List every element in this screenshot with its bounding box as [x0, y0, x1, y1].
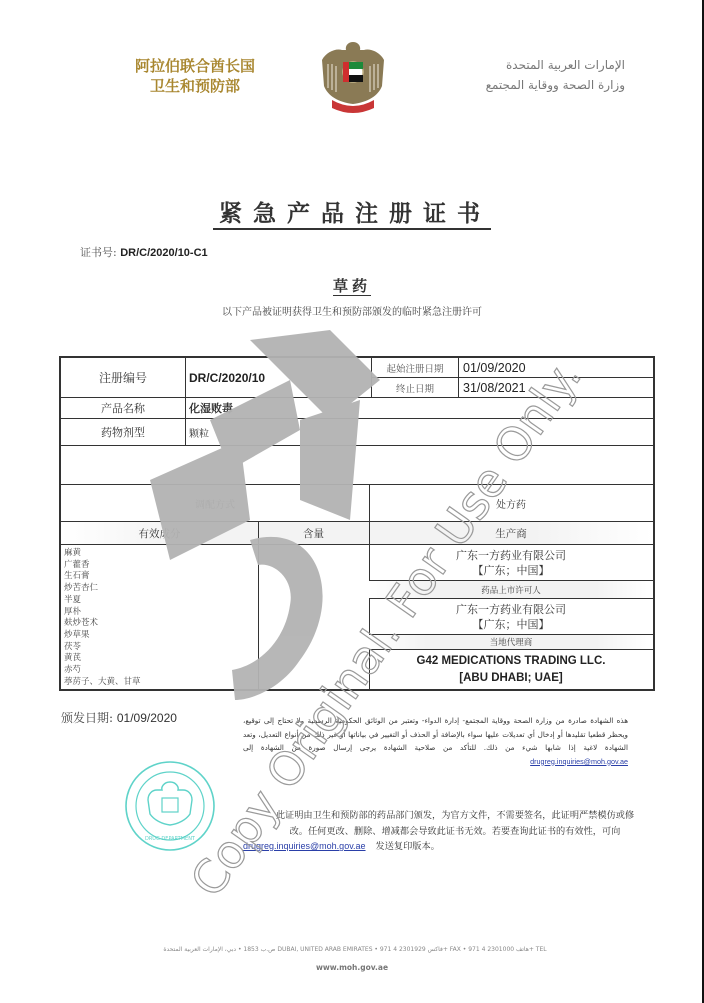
row-empty: [61, 446, 653, 485]
cn-note-line1: 此证明由卫生和预防部的药品部门颁发，为官方文件，不需要签名，此证明严禁模仿或修: [245, 808, 665, 824]
issue-date-value: 01/09/2020: [117, 711, 177, 725]
footer-contact: ص.ب 1853 • دبي، الإمارات العربية المتحدة…: [60, 946, 650, 953]
arabic-email-link[interactable]: drugreg.inquiries@moh.gov.ae: [530, 757, 628, 766]
ingredient-item: 半夏: [64, 595, 141, 607]
agent-name: G42 MEDICATIONS TRADING LLC.: [417, 653, 606, 670]
agent-location: [ABU DHABI; UAE]: [459, 670, 563, 687]
row-dosage-form: 药物剂型 颗粒: [61, 419, 653, 446]
document-title-text: 紧急产品注册证书: [213, 200, 491, 230]
ingredient-item: 赤芍: [64, 665, 141, 677]
agent-cell: G42 MEDICATIONS TRADING LLC. [ABU DHABI;…: [369, 650, 653, 689]
ingredient-item: 麻黄: [64, 548, 141, 560]
ingredient-item: 麸炒苍术: [64, 618, 141, 630]
ingredient-item: 广藿香: [64, 560, 141, 572]
dispensing-value: 处方药: [369, 485, 653, 521]
end-date-label: 终止日期: [372, 378, 458, 397]
ingredient-item: 黄芪: [64, 653, 141, 665]
mah-info: 广东一方药业有限公司 【广东；中国】: [369, 599, 653, 634]
arabic-disclaimer-text: هذه الشهادة صادرة من وزارة الصحة ووقاية …: [243, 716, 628, 752]
mah-name: 广东一方药业有限公司: [456, 602, 566, 617]
certificate-number-label: 证书号:: [80, 246, 117, 259]
ministry-ar-line2: وزارة الصحة ووقاية المجتمع: [400, 75, 625, 95]
manufacturer-name: 广东一方药业有限公司: [456, 548, 566, 563]
ingredient-item: 厚朴: [64, 607, 141, 619]
issue-date-label: 颁发日期:: [61, 711, 113, 725]
mah-label-row: 药品上市许可人: [369, 580, 653, 599]
ministry-name-arabic: الإمارات العربية المتحدة وزارة الصحة ووق…: [400, 55, 625, 95]
reg-no-label: 注册编号: [61, 358, 185, 397]
row-dispensing: 调配方式 处方药: [61, 485, 653, 522]
intro-statement: 以下产品被证明获得卫生和预防部颁发的临时紧急注册许可: [0, 303, 704, 318]
manufacturer-location: 【广东；中国】: [473, 563, 550, 578]
agent-info: G42 MEDICATIONS TRADING LLC. [ABU DHABI;…: [369, 650, 653, 689]
dosage-form-label: 药物剂型: [61, 419, 185, 445]
uae-emblem-icon: [318, 38, 388, 120]
ingredient-item: 葶苈子、大黄、甘草: [64, 677, 141, 689]
chinese-disclaimer: 此证明由卫生和预防部的药品部门颁发，为官方文件，不需要签名，此证明严禁模仿或修 …: [245, 808, 665, 855]
start-date-value: 01/09/2020: [463, 358, 526, 377]
row-product-name: 产品名称 化湿败毒: [61, 398, 653, 419]
ministry-stamp-icon: DRUG DEPARTMENT: [124, 760, 216, 852]
content-header: 含量: [258, 522, 369, 544]
start-date-label: 起始注册日期: [372, 358, 458, 377]
end-date-value: 31/08/2021: [463, 378, 526, 397]
ingredients-list: 麻黄广藿香生石膏炒苦杏仁半夏厚朴麸炒苍术炒草果茯苓黄芪赤芍葶苈子、大黄、甘草: [64, 548, 141, 688]
dispensing-label: 调配方式: [61, 485, 369, 521]
row-column-headers: 有效成分 含量 生产商: [61, 522, 653, 545]
agent-label: 当地代理商: [369, 635, 653, 649]
table-body: 麻黄广藿香生石膏炒苦杏仁半夏厚朴麸炒苍术炒草果茯苓黄芪赤芍葶苈子、大黄、甘草 广…: [61, 545, 653, 689]
ingredient-item: 茯苓: [64, 642, 141, 654]
document-title: 紧急产品注册证书: [0, 195, 704, 228]
certificate-number-value: DR/C/2020/10-C1: [120, 247, 207, 259]
mah-cell: 广东一方药业有限公司 【广东；中国】: [369, 599, 653, 635]
mah-location: 【广东；中国】: [473, 617, 550, 632]
cn-note-line3: drugreg.inquiries@moh.gov.ae发送复印版本。: [243, 839, 665, 855]
product-category-text: 草药: [333, 277, 371, 296]
ministry-ar-line1: الإمارات العربية المتحدة: [400, 55, 625, 75]
row-registration-number: 注册编号 DR/C/2020/10 起始注册日期 终止日期 01/09/2020…: [61, 358, 653, 398]
ministry-cn-line2: 卫生和预防部: [120, 76, 270, 96]
ingredient-item: 炒草果: [64, 630, 141, 642]
registration-table: 注册编号 DR/C/2020/10 起始注册日期 终止日期 01/09/2020…: [59, 356, 655, 691]
ministry-name-chinese: 阿拉伯联合酋长国 卫生和预防部: [120, 56, 270, 96]
footer-website[interactable]: www.moh.gov.ae: [0, 963, 704, 972]
dosage-form-value: 颗粒: [189, 419, 209, 445]
cn-note-line3-text: 发送复印版本。: [376, 841, 440, 852]
arabic-disclaimer: هذه الشهادة صادرة من وزارة الصحة ووقاية …: [243, 714, 628, 768]
ingredient-item: 炒苦杏仁: [64, 583, 141, 595]
product-name-value: 化湿败毒: [189, 398, 233, 418]
ingredients-header: 有效成分: [61, 522, 258, 544]
svg-text:DRUG DEPARTMENT: DRUG DEPARTMENT: [145, 836, 196, 842]
parties-column: 广东一方药业有限公司 【广东；中国】 药品上市许可人 广东一方药业有限公司 【广…: [369, 545, 653, 689]
cn-note-line2: 改。任何更改、删除、增减都会导致此证书无效。若要查询此证书的有效性，可向: [245, 824, 665, 840]
manufacturer-cell: 广东一方药业有限公司 【广东；中国】: [369, 545, 653, 580]
certificate-number: 证书号: DR/C/2020/10-C1: [80, 244, 208, 260]
product-name-label: 产品名称: [61, 398, 185, 418]
reg-no-value: DR/C/2020/10: [189, 358, 369, 397]
manufacturer-info: 广东一方药业有限公司 【广东；中国】: [369, 545, 653, 580]
mah-label: 药品上市许可人: [369, 581, 653, 598]
manufacturer-header: 生产商: [369, 522, 653, 544]
product-category: 草药: [0, 275, 704, 296]
issue-date: 颁发日期: 01/09/2020: [61, 709, 177, 726]
ingredient-item: 生石膏: [64, 571, 141, 583]
agent-label-row: 当地代理商: [369, 635, 653, 650]
cn-email-link[interactable]: drugreg.inquiries@moh.gov.ae: [243, 841, 366, 851]
ministry-cn-line1: 阿拉伯联合酋长国: [120, 56, 270, 76]
